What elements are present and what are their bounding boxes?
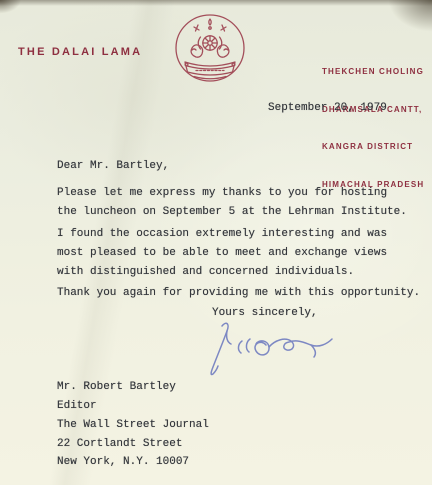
- letterhead-address-line: KANGRA DISTRICT: [322, 141, 424, 154]
- body-line: with distinguished and concerned individ…: [57, 266, 354, 278]
- body-line: Thank you again for providing me with th…: [57, 287, 420, 299]
- dalai-lama-seal-icon: [172, 12, 248, 86]
- body-line: Please let me express my thanks to you f…: [57, 187, 387, 199]
- recipient-organization: The Wall Street Journal: [57, 419, 209, 431]
- body-line: I found the occasion extremely interesti…: [57, 228, 387, 240]
- letterhead-address-line: THEKCHEN CHOLING: [322, 66, 424, 79]
- recipient-city: New York, N.Y. 10007: [57, 456, 189, 468]
- recipient-name: Mr. Robert Bartley: [57, 381, 176, 393]
- recipient-title: Editor: [57, 400, 97, 412]
- letterhead-sender-name: THE DALAI LAMA: [18, 46, 142, 58]
- signature-handwritten: [196, 318, 338, 380]
- body-line: most pleased to be able to meet and exch…: [57, 247, 387, 259]
- salutation: Dear Mr. Bartley,: [57, 160, 169, 172]
- letter-photo: THE DALAI LAMA THEKCHEN CHOLING DHARMSAL…: [0, 0, 432, 485]
- recipient-street: 22 Cortlandt Street: [57, 438, 182, 450]
- body-line: the luncheon on September 5 at the Lehrm…: [57, 206, 407, 218]
- letter-date: September 20, 1979: [268, 102, 387, 114]
